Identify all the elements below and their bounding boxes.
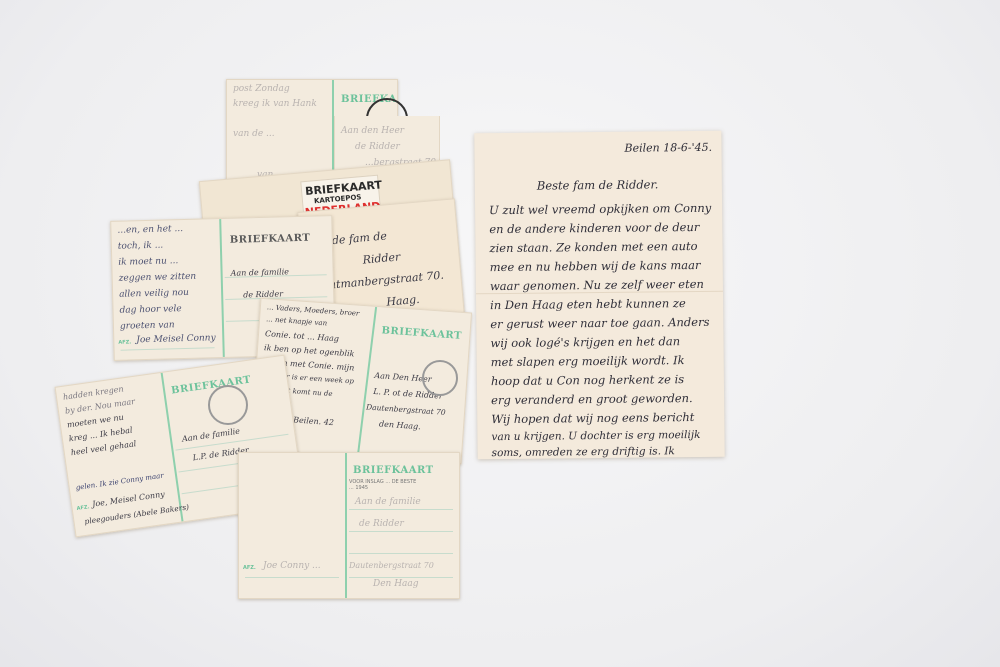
address-line: Aan de familie (230, 267, 289, 278)
address-line: de Ridder (355, 142, 400, 152)
letter-line: mee en nu hebben wij de kans maar (490, 258, 701, 274)
handwritten-letter: Beilen 18-6-'45. Beste fam de Ridder. U … (474, 131, 724, 460)
letter-line: en de andere kinderen voor de deur (489, 220, 699, 236)
message-line: Conie. tot ... Haag (265, 329, 340, 343)
letter-greeting: Beste fam de Ridder. (537, 177, 659, 192)
address-line: Den Haag (373, 579, 419, 589)
letter-line: met slapen erg moeilijk wordt. Ik (491, 353, 685, 369)
address-line: Dautenbergstraat 70 (349, 561, 434, 570)
message-line: ... net knapje van (266, 315, 328, 327)
message-line: ...en, en het ... (117, 224, 183, 236)
message-line: groeten van (120, 320, 175, 331)
address-line: de Ridder (359, 519, 404, 529)
address-line: Ridder (362, 250, 401, 266)
afz-label: AFZ. (76, 504, 90, 512)
afz-label: AFZ. (118, 339, 131, 345)
message-line: Beilen. 42 (293, 415, 334, 427)
message-line: allen veilig nou (119, 288, 189, 300)
letter-line: wij ook logé's krijgen en het dan (490, 334, 680, 350)
message-line: Joe, Meisel Conny (92, 490, 166, 509)
address-line: Aan de familie (355, 497, 421, 507)
postmark-stamp (208, 385, 248, 425)
letter-line: U zult wel vreemd opkijken om Conny (489, 201, 711, 217)
letter-line: soms, omreden ze erg driftig is. Ik (492, 445, 675, 459)
postmark-stamp (422, 360, 458, 396)
postmark-text: VOOR INSLAG ... DE BESTE ... 1945 (349, 479, 421, 491)
message-line: ik moet nu ... (118, 256, 178, 268)
letter-line: in Den Haag eten hebt kunnen ze (490, 296, 686, 312)
sender-line: Joe Conny ... (263, 561, 321, 571)
message-line: zeggen we zitten (119, 272, 197, 284)
letter-line: van u krijgen. U dochter is erg moeilijk (491, 429, 700, 443)
letter-date: Beilen 18-6-'45. (624, 141, 712, 155)
address-line: Aan den Heer (341, 126, 404, 136)
postcard-bottom: BRIEFKAART VOOR INSLAG ... DE BESTE ... … (238, 452, 460, 599)
briefkaart-header: BRIEFKAART (230, 233, 311, 246)
message-line: dag hoor vele (119, 304, 181, 316)
letter-line: waar genomen. Nu ze zelf weer eten (490, 277, 704, 293)
message-line: post Zondag (233, 84, 290, 94)
letter-line: Wij hopen dat wij nog eens bericht (491, 410, 694, 426)
briefkaart-header: BRIEFKAART (353, 465, 434, 476)
letter-line: erg veranderd en groot geworden. (491, 391, 693, 407)
address-line: den Haag. (379, 419, 421, 431)
letter-line: hoop dat u Con nog herkent ze is (491, 372, 684, 388)
afz-label: AFZ. (243, 565, 256, 571)
letter-line: er gerust weer naar toe gaan. Anders (490, 315, 709, 331)
message-line: kreeg ik van Hank (233, 99, 317, 109)
message-line: toch, ik ... (118, 241, 164, 252)
briefkaart-header: BRIEFKAART (381, 325, 462, 342)
signature: Joe Meisel Conny (136, 333, 216, 345)
letter-line: zien staan. Ze konden met een auto (489, 239, 697, 255)
message-line: gelen. Ik zie Conny maar (75, 472, 164, 492)
message-line: van de ... (233, 129, 275, 139)
address-line: Dautenbergstraat 70 (366, 402, 446, 417)
